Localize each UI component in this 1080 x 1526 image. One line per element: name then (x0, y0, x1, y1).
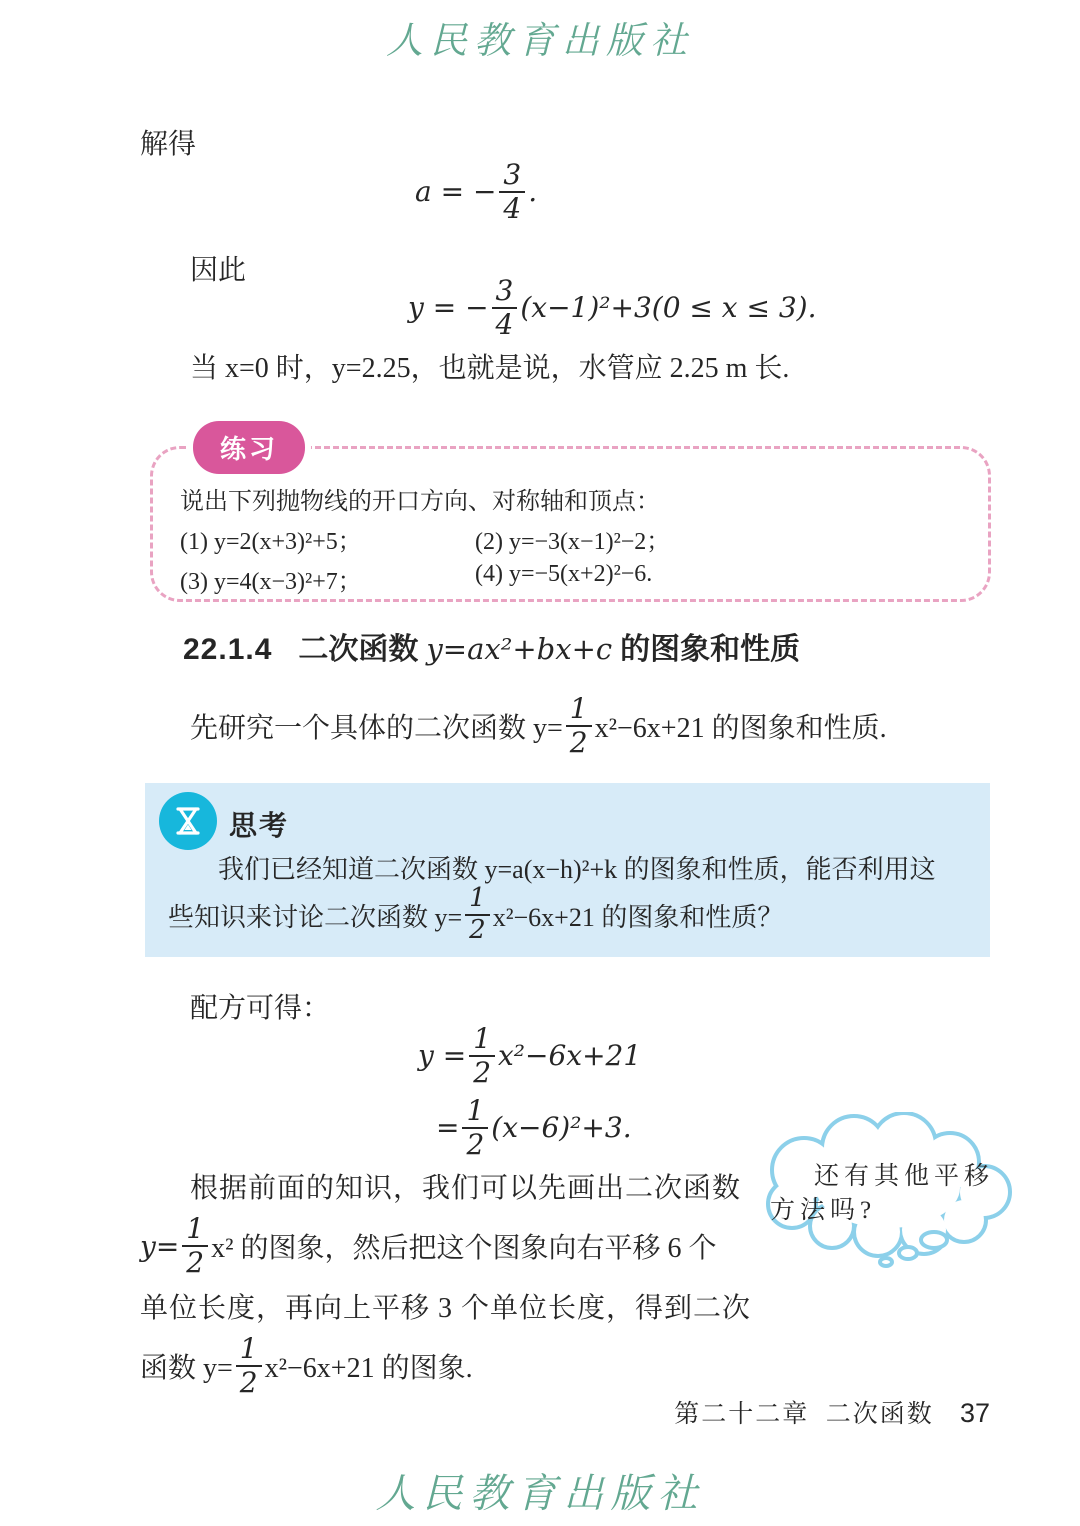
section-formula: y=ax²+bx+c (426, 632, 612, 666)
equation-a-pre: a = − (415, 175, 496, 208)
equation-vertex: = 1 2 (x−6)²+3. (436, 1096, 632, 1159)
fraction: 1 2 (182, 1214, 208, 1277)
think-line-2-post: x²−6x+21 的图象和性质？ (493, 897, 784, 934)
solve-lead: 解得 (140, 122, 196, 162)
intro-paragraph: 先研究一个具体的二次函数 y= 1 2 x²−6x+21 的图象和性质. (190, 690, 887, 762)
practice-item-4: (4) y=−5(x+2)²−6. (475, 561, 652, 588)
conclusion-line: 当 x=0 时，y=2.25，也就是说，水管应 2.25 m 长. (190, 346, 789, 386)
think-label: 思考 (229, 804, 289, 844)
fraction-numerator: 1 (236, 1334, 262, 1365)
footer-page-number: 37 (960, 1398, 990, 1428)
equation-pipe-post: (x−1)²+3(0 ≤ x ≤ 3). (520, 291, 816, 324)
equation-a: a = − 3 4 . (415, 160, 537, 223)
fraction-denominator: 2 (469, 1055, 495, 1088)
practice-badge: 练习 (193, 421, 305, 474)
section-title-pre: 二次函数 (298, 624, 418, 668)
fraction-numerator: 1 (465, 885, 490, 914)
page-footer: 第二十二章 二次函数 37 (0, 1394, 990, 1430)
intro-pre: 先研究一个具体的二次函数 y= (190, 706, 563, 746)
fraction-numerator: 1 (566, 694, 592, 725)
fraction-numerator: 1 (462, 1096, 488, 1127)
fraction: 1 2 (469, 1024, 495, 1087)
think-box: 思考 我们已经知道二次函数 y=a(x−h)²+k 的图象和性质，能否利用这 些… (145, 783, 990, 957)
fraction: 3 4 (492, 276, 518, 339)
section-number: 22.1.4 (183, 633, 272, 667)
thought-bubble-line-2: 方法吗? (770, 1190, 876, 1226)
fraction-denominator: 2 (566, 725, 592, 758)
practice-item-3: (3) y=4(x−3)²+7； (180, 561, 362, 596)
equation-vertex-pre: = (436, 1111, 459, 1144)
body-paragraph-line-3: 单位长度，再向上平移 3 个单位长度，得到二次 (140, 1286, 751, 1326)
fraction-denominator: 2 (236, 1365, 262, 1398)
therefore-lead: 因此 (190, 248, 246, 288)
fraction-numerator: 1 (182, 1214, 208, 1245)
paragraph-l4-pre: 函数 y= (140, 1346, 233, 1386)
publisher-watermark-top: 人民教育出版社 (0, 10, 1080, 64)
footer-chapter: 第二十二章 二次函数 (674, 1401, 934, 1428)
fraction-denominator: 4 (492, 307, 518, 340)
equation-a-post: . (528, 175, 537, 208)
think-line-2: 些知识来讨论二次函数 y= 1 2 x²−6x+21 的图象和性质？ (168, 879, 783, 951)
equation-expanded-pre: y = (418, 1039, 466, 1072)
equation-pipe: y = − 3 4 (x−1)²+3(0 ≤ x ≤ 3). (408, 276, 816, 339)
thought-bubble: 还有其他平移 方法吗? (742, 1112, 1042, 1282)
body-paragraph-line-4: 函数 y= 1 2 x²−6x+21 的图象. (140, 1330, 473, 1402)
body-paragraph-line-2: y= 1 2 x² 的图象，然后把这个图象向右平移 6 个 (140, 1210, 717, 1282)
fraction: 1 2 (566, 694, 592, 757)
equation-pipe-pre: y = − (408, 291, 489, 324)
publisher-watermark-bottom: 人民教育出版社 (0, 1462, 1080, 1519)
thought-bubble-line-1: 还有其他平移 (814, 1156, 994, 1192)
think-line-2-pre: 些知识来讨论二次函数 y= (168, 897, 462, 934)
equation-expanded: y = 1 2 x²−6x+21 (418, 1024, 641, 1087)
section-title-post: 的图象和性质 (620, 624, 800, 668)
fraction-numerator: 3 (492, 276, 518, 307)
section-heading: 22.1.4 二次函数 y=ax²+bx+c 的图象和性质 (183, 624, 800, 668)
fraction: 1 2 (236, 1334, 262, 1397)
body-paragraph-line-1: 根据前面的知识，我们可以先画出二次函数 (190, 1166, 741, 1206)
hourglass-icon (159, 792, 217, 850)
practice-intro: 说出下列抛物线的开口方向、对称轴和顶点： (180, 481, 660, 516)
textbook-page: 人民教育出版社 解得 a = − 3 4 . 因此 y = − 3 4 (x−1… (0, 0, 1080, 1526)
fraction-numerator: 1 (469, 1024, 495, 1055)
fraction: 1 2 (465, 885, 490, 944)
practice-item-2: (2) y=−3(x−1)²−2； (475, 521, 670, 556)
derive-lead: 配方可得： (190, 986, 330, 1026)
paragraph-l2-pre: y= (140, 1230, 179, 1263)
fraction: 3 4 (499, 160, 525, 223)
fraction-numerator: 3 (499, 160, 525, 191)
intro-post: x²−6x+21 的图象和性质. (595, 706, 887, 746)
fraction-denominator: 2 (465, 914, 490, 945)
fraction-denominator: 2 (182, 1245, 208, 1278)
practice-box: 练习 说出下列抛物线的开口方向、对称轴和顶点： (1) y=2(x+3)²+5；… (150, 446, 991, 602)
fraction-denominator: 2 (462, 1127, 488, 1160)
equation-vertex-post: (x−6)²+3. (491, 1111, 631, 1144)
fraction: 1 2 (462, 1096, 488, 1159)
paragraph-l4-post: x²−6x+21 的图象. (265, 1346, 473, 1386)
practice-item-1: (1) y=2(x+3)²+5； (180, 521, 362, 556)
fraction-denominator: 4 (499, 191, 525, 224)
paragraph-l2-post: x² 的图象，然后把这个图象向右平移 6 个 (211, 1226, 716, 1266)
equation-expanded-post: x²−6x+21 (498, 1039, 641, 1072)
